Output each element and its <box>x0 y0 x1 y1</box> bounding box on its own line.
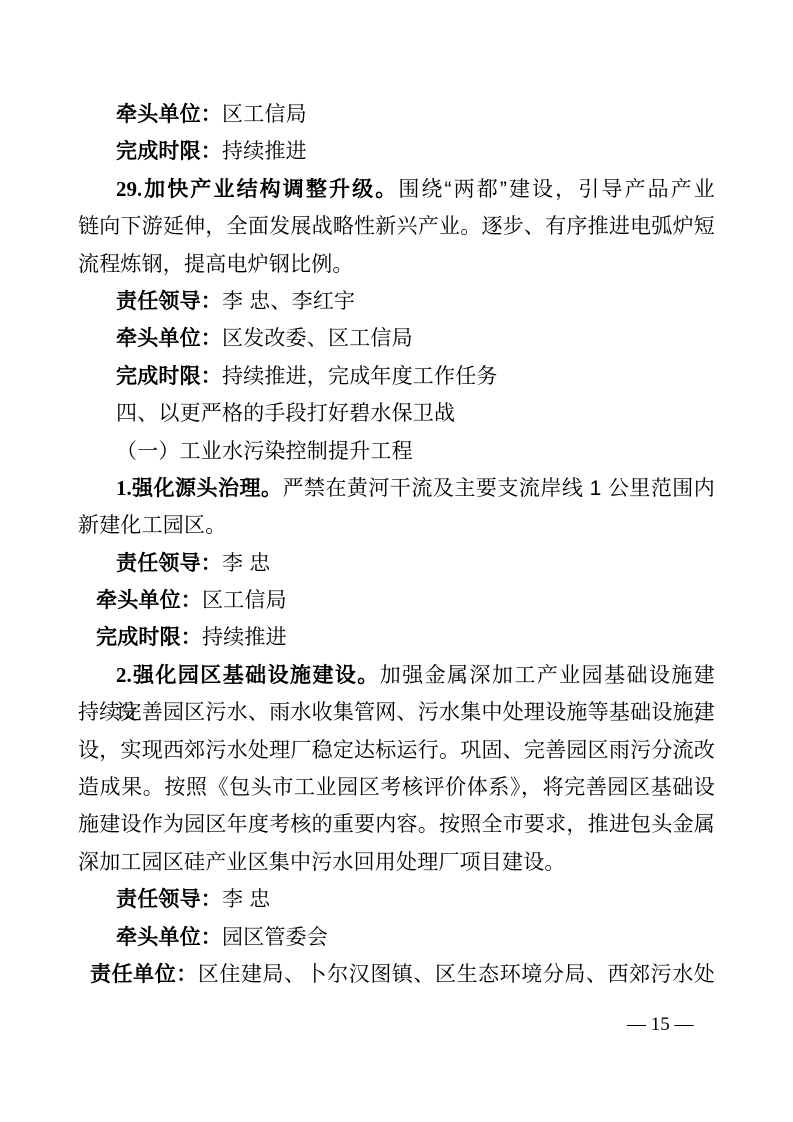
page-number: — 15 — <box>627 1014 694 1036</box>
text-line: 责任领导：李 忠、李红宇 <box>78 283 715 320</box>
field-label: 责任领导： <box>116 552 222 575</box>
field-value: 区工信局 <box>222 103 307 126</box>
text-line: 2.强化园区基础设施建设。加强金属深加工产业园基础设施建设， <box>78 657 715 694</box>
body-text: 链向下游延伸，全面发展战略性新兴产业。逐步、有序推进电弧炉短 <box>78 215 715 238</box>
field-value: 区工信局 <box>202 589 287 612</box>
field-label: 牵头单位： <box>116 926 222 949</box>
text-line: 责任单位：区住建局、卜尔汉图镇、区生态环境分局、西郊污水处 <box>78 956 715 993</box>
body-text: 围绕“两都”建设，引导产品产业 <box>398 178 715 201</box>
text-line: 1.强化源头治理。严禁在黄河干流及主要支流岸线 1 公里范围内 <box>78 470 715 507</box>
field-value: 区发改委、区工信局 <box>222 327 413 350</box>
field-value: 持续推进 <box>222 140 307 163</box>
field-value: 园区管委会 <box>222 926 328 949</box>
body-text: 设，实现西郊污水处理厂稳定达标运行。巩固、完善园区雨污分流改 <box>78 739 715 762</box>
text-line: 施建设作为园区年度考核的重要内容。按照全市要求，推进包头金属 <box>78 806 715 843</box>
body-text: 施建设作为园区年度考核的重要内容。按照全市要求，推进包头金属 <box>78 813 715 836</box>
text-line: 持续完善园区污水、雨水收集管网、污水集中处理设施等基础设施建 <box>78 694 715 731</box>
heading-text: 四、以更严格的手段打好碧水保卫战 <box>116 402 455 425</box>
body-text: 新建化工园区。 <box>78 514 226 537</box>
section-heading: 四、以更严格的手段打好碧水保卫战 <box>78 395 715 432</box>
text-line: 责任领导：李 忠 <box>78 881 715 918</box>
field-value: 持续推进，完成年度工作任务 <box>222 365 498 388</box>
text-line: 责任领导：李 忠 <box>78 545 715 582</box>
item-title: 强化源头治理。 <box>132 477 283 500</box>
field-value: 区住建局、卜尔汉图镇、区生态环境分局、西郊污水处 <box>198 963 715 986</box>
body-text: 深加工园区硅产业区集中污水回用处理厂项目建设。 <box>78 851 566 874</box>
text-line: 造成果。按照《包头市工业园区考核评价体系》，将完善园区基础设 <box>78 769 715 806</box>
field-label: 责任单位： <box>90 963 198 986</box>
body-text: 造成果。按照《包头市工业园区考核评价体系》，将完善园区基础设 <box>78 776 715 799</box>
text-line: 牵头单位：园区管委会 <box>78 919 715 956</box>
text-line: 新建化工园区。 <box>78 507 715 544</box>
field-label: 牵头单位： <box>96 589 202 612</box>
text-line: 牵头单位：区工信局 <box>78 96 715 133</box>
field-value: 持续推进 <box>202 626 287 649</box>
item-title: 加快产业结构调整升级。 <box>142 178 398 201</box>
body-text: 流程炼钢，提高电炉钢比例。 <box>78 253 354 276</box>
field-label: 完成时限： <box>116 365 222 388</box>
field-value: 李 忠 <box>222 552 270 575</box>
item-number: 2. <box>116 663 132 687</box>
item-number: 29. <box>116 177 142 201</box>
document-content: 牵头单位：区工信局 完成时限：持续推进 29.加快产业结构调整升级。围绕“两都”… <box>78 96 715 993</box>
text-line: 设，实现西郊污水处理厂稳定达标运行。巩固、完善园区雨污分流改 <box>78 732 715 769</box>
text-line: 深加工园区硅产业区集中污水回用处理厂项目建设。 <box>78 844 715 881</box>
text-line: 牵头单位：区工信局 <box>78 582 715 619</box>
heading-text: （一）工业水污染控制提升工程 <box>116 440 413 463</box>
field-label: 牵头单位： <box>116 327 222 350</box>
text-line: 完成时限：持续推进 <box>78 619 715 656</box>
subsection-heading: （一）工业水污染控制提升工程 <box>78 433 715 470</box>
item-number: 1. <box>116 476 132 500</box>
text-line: 完成时限：持续推进，完成年度工作任务 <box>78 358 715 395</box>
field-label: 责任领导： <box>116 290 222 313</box>
field-label: 牵头单位： <box>116 103 222 126</box>
field-label: 完成时限： <box>116 140 222 163</box>
text-line: 牵头单位：区发改委、区工信局 <box>78 320 715 357</box>
field-label: 完成时限： <box>96 626 202 649</box>
text-line: 完成时限：持续推进 <box>78 133 715 170</box>
body-text: 持续完善园区污水、雨水收集管网、污水集中处理设施等基础设施建 <box>78 701 715 724</box>
field-label: 责任领导： <box>116 888 222 911</box>
text-line: 29.加快产业结构调整升级。围绕“两都”建设，引导产品产业 <box>78 171 715 208</box>
field-value: 李 忠、李红宇 <box>222 290 355 313</box>
item-title: 强化园区基础设施建设。 <box>132 664 380 687</box>
text-line: 链向下游延伸，全面发展战略性新兴产业。逐步、有序推进电弧炉短 <box>78 208 715 245</box>
body-text: 严禁在黄河干流及主要支流岸线 1 公里范围内 <box>282 477 715 500</box>
field-value: 李 忠 <box>222 888 270 911</box>
document-page: { "page": { "number": "— 15 —" }, "doc":… <box>0 0 793 1122</box>
text-line: 流程炼钢，提高电炉钢比例。 <box>78 246 715 283</box>
